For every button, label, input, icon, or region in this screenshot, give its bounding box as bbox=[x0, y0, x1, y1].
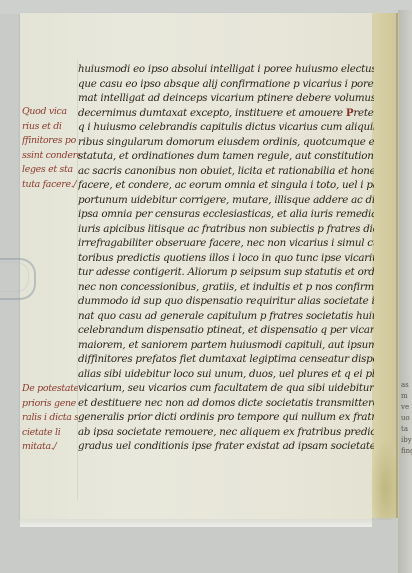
text-line: diffinitores prefatos fiet dumtaxat legi… bbox=[78, 352, 374, 367]
margin-note-line: ralis i dicta so bbox=[22, 411, 78, 426]
text-line: nat quo casu ad generale capitulum p fra… bbox=[78, 309, 374, 324]
text-line: irrefragabiliter obseruare facere, nec n… bbox=[78, 236, 374, 251]
margin-note-line: rius et di bbox=[22, 120, 80, 135]
page-clip-inner bbox=[0, 262, 29, 292]
facing-page-text-fragment: as m ve uo ta iby fing bbox=[401, 380, 412, 457]
text-line: celebrandum dispensatio ptineat, et disp… bbox=[78, 323, 374, 338]
text-line: ribus singularum domorum eiusdem ordinis… bbox=[78, 135, 374, 150]
margin-note-line: cietate li bbox=[22, 426, 78, 441]
margin-note-line: mitata./ bbox=[22, 440, 78, 455]
text-line: facere, et condere, ac eorum omnia et si… bbox=[78, 178, 374, 193]
facing-page-edge bbox=[398, 10, 412, 573]
text-line: ipsa omnia per censuras ecclesiasticas, … bbox=[78, 207, 374, 222]
margin-note-1: Quod vica rius et di ffinitores po ssint… bbox=[22, 105, 80, 192]
facing-text-line: m bbox=[401, 391, 412, 402]
main-text-block: huiusmodi eo ipso absolui intelligat i p… bbox=[78, 62, 374, 454]
facing-text-line: iby bbox=[401, 435, 412, 446]
text-line: huiusmodi eo ipso absolui intelligat i p… bbox=[78, 62, 374, 77]
margin-note-line: leges et sta bbox=[22, 163, 80, 178]
facing-text-line: fing bbox=[401, 446, 412, 457]
text-line: tur adesse contigerit. Aliorum p seipsum… bbox=[78, 265, 374, 280]
text-line: que casu eo ipso absque alij confirmatio… bbox=[78, 77, 374, 92]
text-line: gradus uel conditionis ipse frater exist… bbox=[78, 439, 374, 454]
text-line: maiorem, et saniorem partem huiusmodi ca… bbox=[78, 338, 374, 353]
text-line: q i huiusmo celebrandis capitulis dictus… bbox=[78, 120, 374, 135]
margin-note-line: tuta facere./ bbox=[22, 178, 80, 193]
text-line: iuris apicibus litisque ac fratribus non… bbox=[78, 222, 374, 237]
margin-note-line: ssint condere bbox=[22, 149, 80, 164]
text-line: decernimus dumtaxat excepto, instituere … bbox=[78, 106, 374, 121]
facing-text-line: uo bbox=[401, 413, 412, 424]
facing-text-line: ve bbox=[401, 402, 412, 413]
text-line: ab ipsa societate remouere, nec aliquem … bbox=[78, 425, 374, 440]
margin-note-2: De potestate prioris gene ralis i dicta … bbox=[22, 382, 78, 455]
facing-text-line: as bbox=[401, 380, 412, 391]
text-line: dummodo id sup quo dispensatio requiritu… bbox=[78, 294, 374, 309]
text-line: ac sacris canonibus non obuiet, licita e… bbox=[78, 164, 374, 179]
text-line: generalis prior dicti ordinis pro tempor… bbox=[78, 410, 374, 425]
text-line: et destituere nec non ad domos dicte soc… bbox=[78, 396, 374, 411]
text-line: vicarium, seu vicarios cum facultatem de… bbox=[78, 381, 374, 396]
margin-note-line: De potestate bbox=[22, 382, 78, 397]
text-line: portunum uidebitur corrigere, mutare, il… bbox=[78, 193, 374, 208]
page-bottom-edge bbox=[20, 519, 372, 527]
gutter-fold-line bbox=[396, 13, 398, 518]
facing-text-line: ta bbox=[401, 424, 412, 435]
margin-note-line: ffinitores po bbox=[22, 134, 80, 149]
margin-note-line: Quod vica bbox=[22, 105, 80, 120]
text-line: alias sibi uidebitur loco sui unum, duos… bbox=[78, 367, 374, 382]
text-line: statuta, et ordinationes dum tamen regul… bbox=[78, 149, 374, 164]
margin-note-line: prioris gene bbox=[22, 397, 78, 412]
paraph-mark: P bbox=[346, 107, 354, 119]
text-line: nec non concessionibus, gratiis, et indu… bbox=[78, 280, 374, 295]
background-top bbox=[0, 0, 412, 14]
text-line: toribus predictis quotiens illos i loco … bbox=[78, 251, 374, 266]
text-line: mat intelligat ad deinceps vicarium ptin… bbox=[78, 91, 374, 106]
